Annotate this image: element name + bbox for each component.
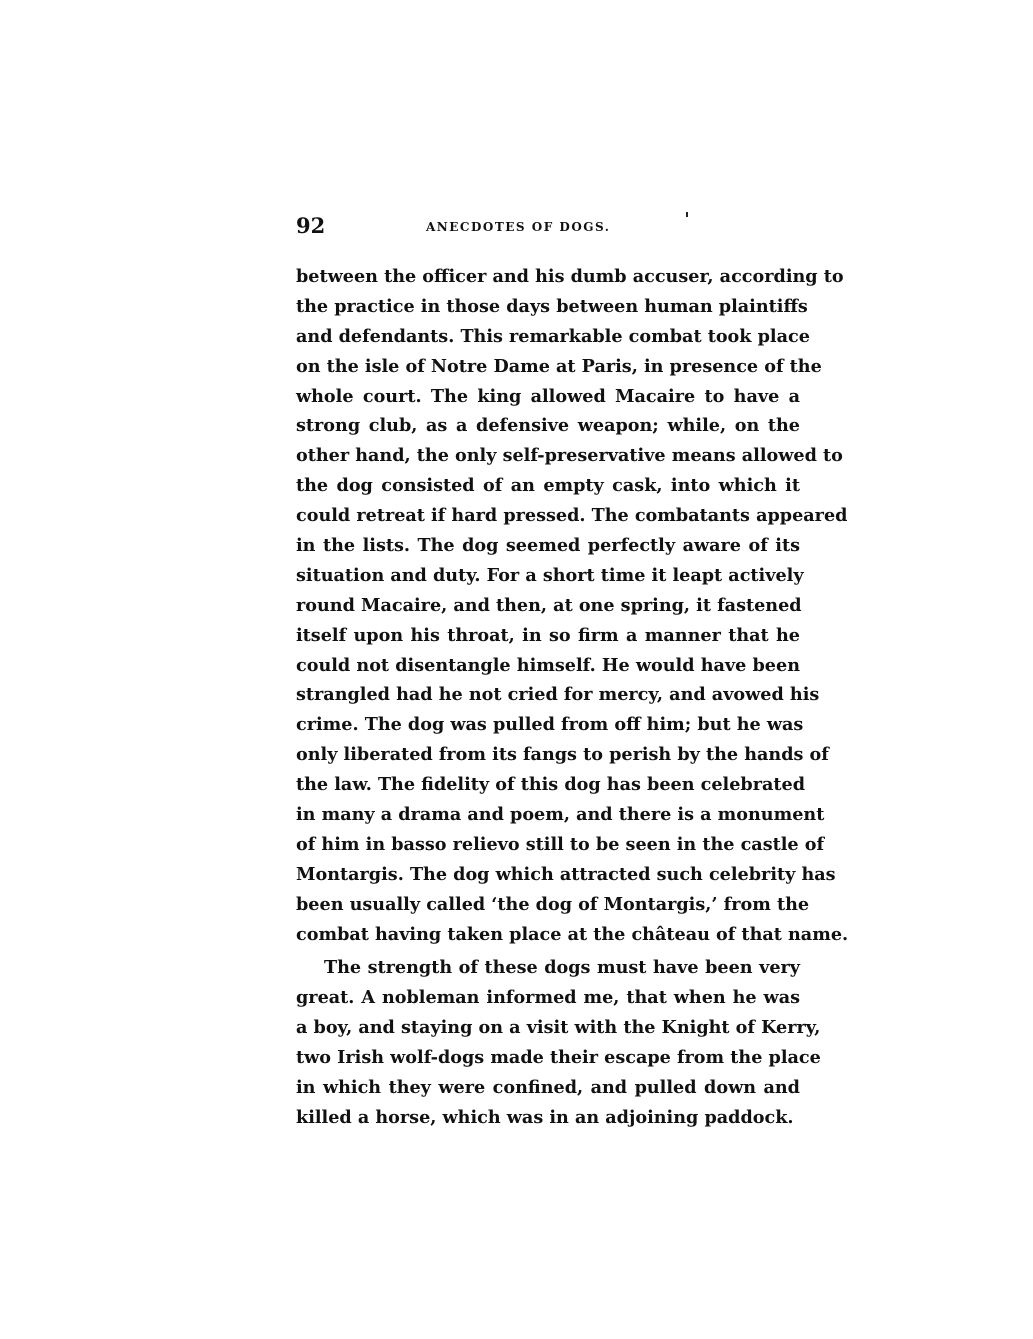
text-line: the law. The fidelity of this dog has be… <box>296 770 800 800</box>
text-line: a boy, and staying on a visit with the K… <box>296 1013 800 1043</box>
text-line: two Irish wolf-dogs made their escape fr… <box>296 1043 800 1073</box>
running-head: 92 ANECDOTES OF DOGS. <box>296 212 800 240</box>
text-line: in which they were confined, and pulled … <box>296 1073 800 1103</box>
book-page: 92 ANECDOTES OF DOGS. between the office… <box>296 212 800 1133</box>
text-line: and defendants. This remarkable combat t… <box>296 322 800 352</box>
text-line: could not disentangle himself. He would … <box>296 651 800 681</box>
text-line: only liberated from its fangs to perish … <box>296 740 800 770</box>
text-line: been usually called ‘the dog of Montargi… <box>296 890 800 920</box>
text-line: round Macaire, and then, at one spring, … <box>296 591 800 621</box>
text-line: whole court. The king allowed Macaire to… <box>296 382 800 412</box>
text-line: great. A nobleman informed me, that when… <box>296 983 800 1013</box>
text-line: situation and duty. For a short time it … <box>296 561 800 591</box>
page-number: 92 <box>296 212 325 240</box>
text-line: combat having taken place at the château… <box>296 920 800 950</box>
text-line: could retreat if hard pressed. The comba… <box>296 501 800 531</box>
text-line: of him in basso relievo still to be seen… <box>296 830 800 860</box>
text-line: in many a drama and poem, and there is a… <box>296 800 800 830</box>
text-line: The strength of these dogs must have bee… <box>296 953 800 983</box>
text-line: killed a horse, which was in an adjoinin… <box>296 1103 800 1133</box>
text-line: itself upon his throat, in so firm a man… <box>296 621 800 651</box>
body-text: between the officer and his dumb accuser… <box>296 262 800 1133</box>
text-line: the practice in those days between human… <box>296 292 800 322</box>
text-line: strong club, as a defensive weapon; whil… <box>296 411 800 441</box>
print-speck <box>686 212 688 217</box>
running-head-title: ANECDOTES OF DOGS. <box>426 216 610 238</box>
paragraph-2: The strength of these dogs must have bee… <box>296 953 800 1132</box>
paragraph-1: between the officer and his dumb accuser… <box>296 262 800 949</box>
text-line: between the officer and his dumb accuser… <box>296 262 800 292</box>
text-line: strangled had he not cried for mercy, an… <box>296 680 800 710</box>
text-line: the dog consisted of an empty cask, into… <box>296 471 800 501</box>
text-line: other hand, the only self-preservative m… <box>296 441 800 471</box>
text-line: crime. The dog was pulled from off him; … <box>296 710 800 740</box>
text-line: Montargis. The dog which attracted such … <box>296 860 800 890</box>
text-line: on the isle of Notre Dame at Paris, in p… <box>296 352 800 382</box>
text-line: in the lists. The dog seemed perfectly a… <box>296 531 800 561</box>
